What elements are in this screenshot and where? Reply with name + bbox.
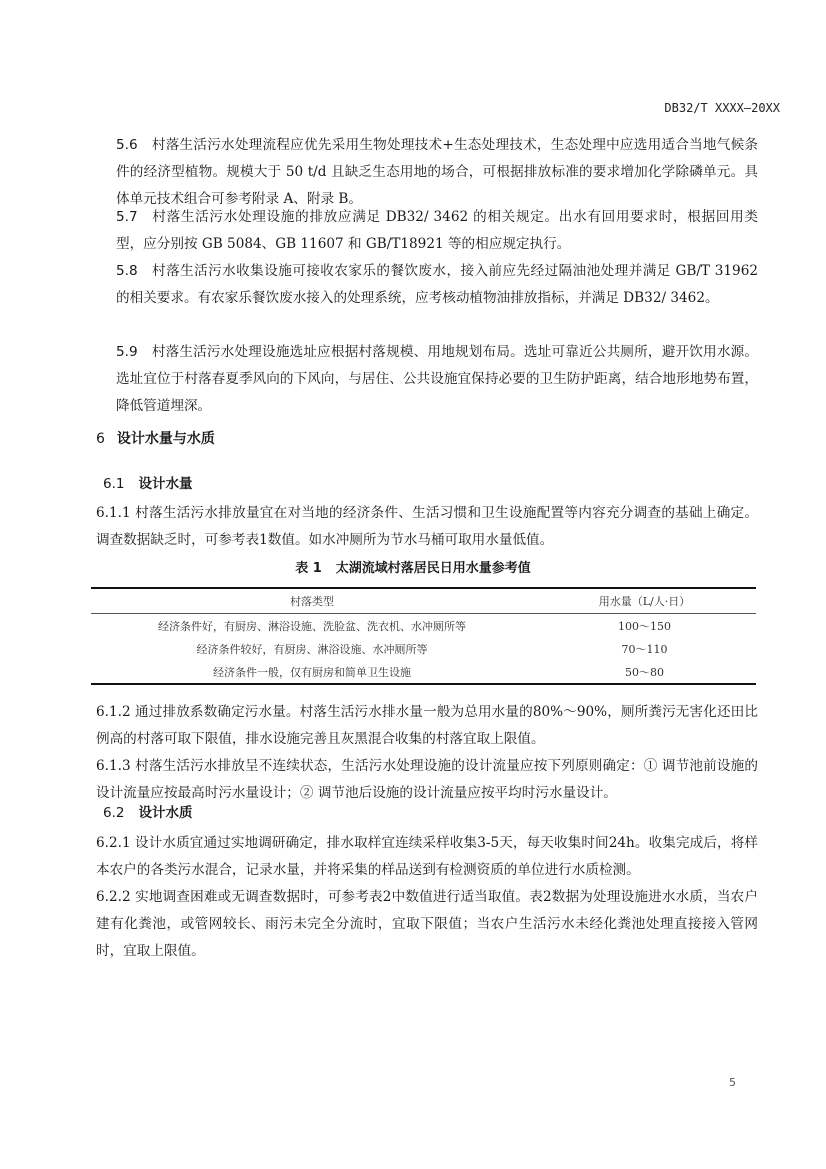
- subsection-title: 设计水量: [138, 476, 192, 492]
- page-header-code: DB32/T XXXX—20XX: [664, 101, 780, 115]
- clause-number: 6.2.1: [96, 835, 131, 851]
- clause-5-8: 5.8村落生活污水收集设施可接收农家乐的餐饮废水，接入前应先经过隔油池处理并满足…: [116, 258, 758, 312]
- cell-village-type: 经济条件一般，仅有厨房和简单卫生设施: [91, 660, 533, 684]
- clause-number: 6.1.3: [96, 758, 131, 774]
- clause-6-2-1: 6.2.1 设计水质宜通过实地调研确定，排水取样宜连续采样收集3-5天，每天收集…: [96, 830, 758, 884]
- clause-6-2-2: 6.2.2 实地调查困难或无调查数据时，可参考表2中数值进行适当取值。表2数据为…: [96, 884, 758, 965]
- clause-text: 村落生活污水收集设施可接收农家乐的餐饮废水，接入前应先经过隔油池处理并满足 GB…: [116, 263, 758, 306]
- clause-6-1-2: 6.1.2 通过排放系数确定污水量。村落生活污水排水量一般为总用水量的80%～9…: [96, 699, 758, 753]
- subsection-heading-6-1: 6.1设计水量: [103, 472, 192, 492]
- clause-text: 设计水质宜通过实地调研确定，排水取样宜连续采样收集3-5天，每天收集时间24h。…: [96, 835, 758, 878]
- table-number: 表 1: [295, 561, 322, 576]
- column-header-water-use: 用水量（L/人·日）: [533, 588, 756, 614]
- clause-5-9: 5.9村落生活污水处理设施选址应根据村落规模、用地规划布局。选址可靠近公共厕所，…: [116, 339, 758, 420]
- subsection-number: 6.2: [103, 805, 124, 821]
- subsection-title: 设计水质: [138, 805, 192, 821]
- clause-text: 村落生活污水处理设施的排放应满足 DB32/ 3462 的相关规定。出水有回用要…: [116, 209, 758, 252]
- cell-village-type: 经济条件好，有厨房、淋浴设施、洗脸盆、洗衣机、水冲厕所等: [91, 614, 533, 638]
- clause-text: 村落生活污水排放呈不连续状态，生活污水处理设施的设计流量应按下列原则确定：① 调…: [96, 758, 758, 801]
- clause-number: 5.8: [116, 263, 138, 279]
- page-number: 5: [729, 1076, 736, 1089]
- clause-text: 村落生活污水排放量宜在对当地的经济条件、生活习惯和卫生设施配置等内容充分调查的基…: [96, 505, 758, 548]
- clause-text: 村落生活污水处理设施选址应根据村落规模、用地规划布局。选址可靠近公共厕所，避开饮…: [116, 344, 758, 414]
- cell-water-use: 50～80: [533, 660, 756, 684]
- clause-6-1-1: 6.1.1 村落生活污水排放量宜在对当地的经济条件、生活习惯和卫生设施配置等内容…: [96, 500, 758, 554]
- section-number: 6: [96, 431, 105, 447]
- clause-text: 实地调查困难或无调查数据时，可参考表2中数值进行适当取值。表2数据为处理设施进水…: [96, 889, 758, 959]
- table-row: 经济条件好，有厨房、淋浴设施、洗脸盆、洗衣机、水冲厕所等 100～150: [91, 614, 756, 638]
- section-title: 设计水量与水质: [117, 431, 215, 447]
- section-heading-6: 6设计水量与水质: [96, 428, 215, 448]
- table-header-row: 村落类型 用水量（L/人·日）: [91, 588, 756, 614]
- table-title: 太湖流域村落居民日用水量参考值: [336, 561, 531, 576]
- clause-text: 通过排放系数确定污水量。村落生活污水排水量一般为总用水量的80%～90%，厕所粪…: [96, 704, 758, 747]
- clause-number: 6.1.2: [96, 704, 131, 720]
- clause-number: 5.6: [116, 137, 138, 153]
- subsection-heading-6-2: 6.2设计水质: [103, 801, 192, 821]
- clause-number: 5.9: [116, 344, 138, 360]
- cell-village-type: 经济条件较好，有厨房、淋浴设施、水冲厕所等: [91, 637, 533, 660]
- table-row: 经济条件较好，有厨房、淋浴设施、水冲厕所等 70～110: [91, 637, 756, 660]
- subsection-number: 6.1: [103, 476, 124, 492]
- clause-5-6: 5.6村落生活污水处理流程应优先采用生物处理技术+生态处理技术，生态处理中应选用…: [116, 132, 758, 213]
- table-1-caption: 表 1太湖流域村落居民日用水量参考值: [0, 557, 826, 576]
- clause-number: 5.7: [116, 209, 138, 225]
- clause-5-7: 5.7村落生活污水处理设施的排放应满足 DB32/ 3462 的相关规定。出水有…: [116, 204, 758, 258]
- clause-number: 6.1.1: [96, 505, 131, 521]
- clause-number: 6.2.2: [96, 889, 131, 905]
- clause-text: 村落生活污水处理流程应优先采用生物处理技术+生态处理技术，生态处理中应选用适合当…: [116, 137, 758, 207]
- table-1-water-use: 村落类型 用水量（L/人·日） 经济条件好，有厨房、淋浴设施、洗脸盆、洗衣机、水…: [91, 587, 756, 685]
- cell-water-use: 100～150: [533, 614, 756, 638]
- clause-6-1-3: 6.1.3 村落生活污水排放呈不连续状态，生活污水处理设施的设计流量应按下列原则…: [96, 753, 758, 807]
- column-header-village-type: 村落类型: [91, 588, 533, 614]
- cell-water-use: 70～110: [533, 637, 756, 660]
- table-row: 经济条件一般，仅有厨房和简单卫生设施 50～80: [91, 660, 756, 684]
